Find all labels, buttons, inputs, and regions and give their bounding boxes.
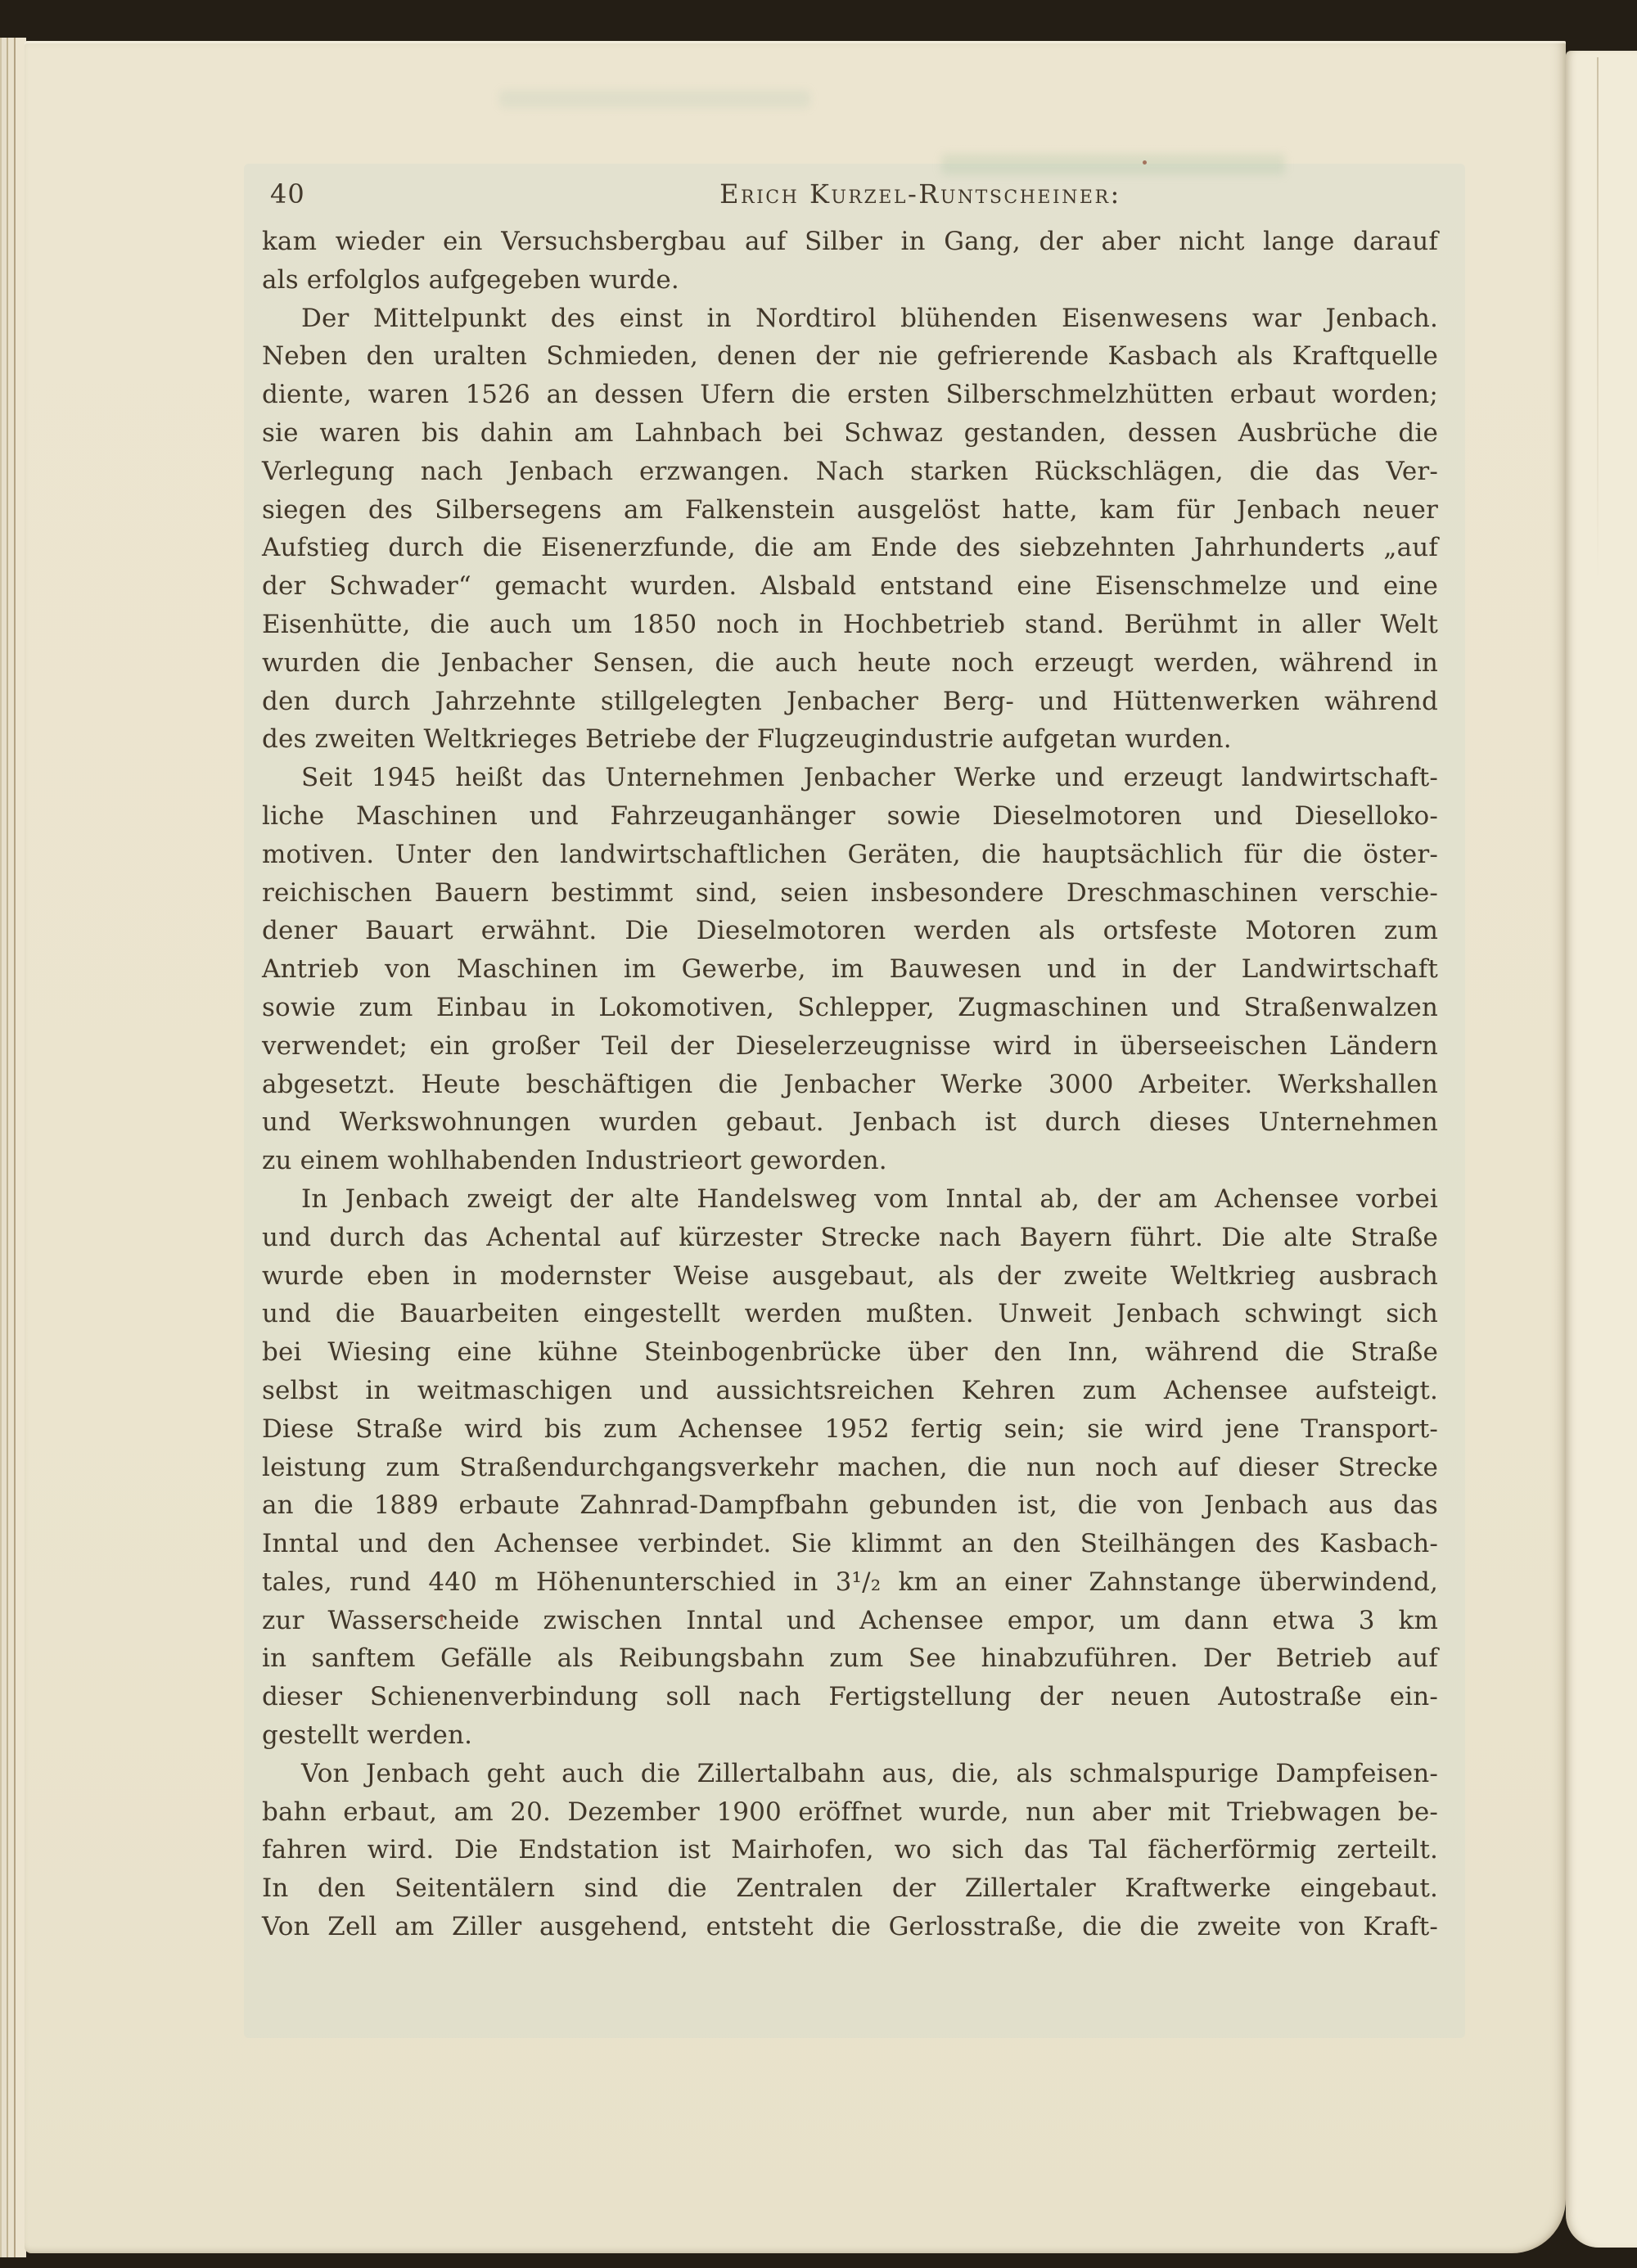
- text-line: dener Bauart erwähnt. Die Dieselmotoren …: [262, 912, 1438, 950]
- text-line: abgesetzt. Heute beschäftigen die Jenbac…: [262, 1066, 1438, 1104]
- text-line: Eisenhütte, die auch um 1850 noch in Hoc…: [262, 606, 1438, 644]
- show-through-ghost: [499, 90, 810, 108]
- text-line: In Jenbach zweigt der alte Handelsweg vo…: [262, 1180, 1438, 1219]
- show-through-ghost: [941, 154, 1285, 175]
- text-line: kam wieder ein Versuchsbergbau auf Silbe…: [262, 223, 1438, 261]
- text-line: Verlegung nach Jenbach erzwangen. Nach s…: [262, 453, 1438, 491]
- text-line: und durch das Achental auf kürzester Str…: [262, 1219, 1438, 1257]
- text-line: zu einem wohlhabenden Industrieort gewor…: [262, 1142, 1438, 1180]
- text-line: sie waren bis dahin am Lahnbach bei Schw…: [262, 414, 1438, 453]
- text-line: zur Wasserscheide zwischen Inntal und Ac…: [262, 1602, 1438, 1640]
- text-line: liche Maschinen und Fahrzeuganhänger sow…: [262, 797, 1438, 836]
- text-line: und die Bauarbeiten eingestellt werden m…: [262, 1295, 1438, 1333]
- text-line: bahn erbaut, am 20. Dezember 1900 eröffn…: [262, 1793, 1438, 1832]
- book-page: 40 Erich Kurzel-Runtscheiner: kam wieder…: [25, 41, 1566, 2253]
- text-line: wurden die Jenbacher Sensen, die auch he…: [262, 644, 1438, 683]
- text-line: verwendet; ein großer Teil der Dieselerz…: [262, 1027, 1438, 1066]
- text-block: kam wieder ein Versuchsbergbau auf Silbe…: [262, 223, 1438, 1946]
- next-page-edge: [1566, 51, 1637, 2248]
- text-line: der Schwader“ gemacht wurden. Alsbald en…: [262, 567, 1438, 606]
- text-line: Aufstieg durch die Eisenerzfunde, die am…: [262, 529, 1438, 567]
- text-line: an die 1889 erbaute Zahnrad-Dampfbahn ge…: [262, 1486, 1438, 1525]
- page-crease: [1597, 57, 1599, 581]
- text-line: den durch Jahrzehnte stillgelegten Jenba…: [262, 683, 1438, 721]
- text-line: selbst in weitmaschigen und aussichtsrei…: [262, 1372, 1438, 1410]
- book-scan-background: 40 Erich Kurzel-Runtscheiner: kam wieder…: [0, 0, 1637, 2268]
- text-line: als erfolglos aufgegeben wurde.: [262, 261, 1438, 300]
- paragraph: In Jenbach zweigt der alte Handelsweg vo…: [262, 1180, 1438, 1755]
- text-line: Antrieb von Maschinen im Gewerbe, im Bau…: [262, 950, 1438, 989]
- text-line: Neben den uralten Schmieden, denen der n…: [262, 337, 1438, 376]
- text-line: In den Seitentälern sind die Zentralen d…: [262, 1869, 1438, 1908]
- paragraph: Der Mittelpunkt des einst in Nordtirol b…: [262, 300, 1438, 760]
- text-line: dieser Schienenverbindung soll nach Fert…: [262, 1678, 1438, 1716]
- text-line: reichischen Bauern bestimmt sind, seien …: [262, 874, 1438, 913]
- text-line: in sanftem Gefälle als Reibungsbahn zum …: [262, 1639, 1438, 1678]
- text-line: motiven. Unter den landwirtschaftlichen …: [262, 836, 1438, 874]
- text-line: Der Mittelpunkt des einst in Nordtirol b…: [262, 300, 1438, 338]
- text-line: Inntal und den Achensee verbindet. Sie k…: [262, 1525, 1438, 1563]
- text-line: leistung zum Straßendurchgangsverkehr ma…: [262, 1449, 1438, 1487]
- text-line: Von Zell am Ziller ausgehend, entsteht d…: [262, 1908, 1438, 1946]
- page-header: 40 Erich Kurzel-Runtscheiner:: [262, 178, 1438, 216]
- text-line: tales, rund 440 m Höhenunterschied in 3¹…: [262, 1563, 1438, 1602]
- text-line: Seit 1945 heißt das Unternehmen Jenbache…: [262, 759, 1438, 797]
- text-line: Von Jenbach geht auch die Zillertalbahn …: [262, 1755, 1438, 1793]
- paragraph: Von Jenbach geht auch die Zillertalbahn …: [262, 1755, 1438, 1946]
- text-line: siegen des Silbersegens am Falkenstein a…: [262, 491, 1438, 530]
- text-line: fahren wird. Die Endstation ist Mairhofe…: [262, 1831, 1438, 1869]
- page-number: 40: [270, 178, 305, 210]
- text-line: wurde eben in modernster Weise ausgebaut…: [262, 1257, 1438, 1296]
- paragraph: Seit 1945 heißt das Unternehmen Jenbache…: [262, 759, 1438, 1180]
- running-header: Erich Kurzel-Runtscheiner:: [332, 178, 1508, 210]
- left-page-edges: [0, 38, 26, 2257]
- text-line: bei Wiesing eine kühne Steinbogenbrücke …: [262, 1333, 1438, 1372]
- paragraph: kam wieder ein Versuchsbergbau auf Silbe…: [262, 223, 1438, 300]
- text-line: des zweiten Weltkrieges Betriebe der Flu…: [262, 720, 1438, 759]
- text-line: diente, waren 1526 an dessen Ufern die e…: [262, 376, 1438, 414]
- text-line: Diese Straße wird bis zum Achensee 1952 …: [262, 1410, 1438, 1449]
- text-line: gestellt werden.: [262, 1716, 1438, 1755]
- text-line: und Werkswohnungen wurden gebaut. Jenbac…: [262, 1103, 1438, 1142]
- dust-speck: [1143, 160, 1147, 165]
- text-line: sowie zum Einbau in Lokomotiven, Schlepp…: [262, 989, 1438, 1027]
